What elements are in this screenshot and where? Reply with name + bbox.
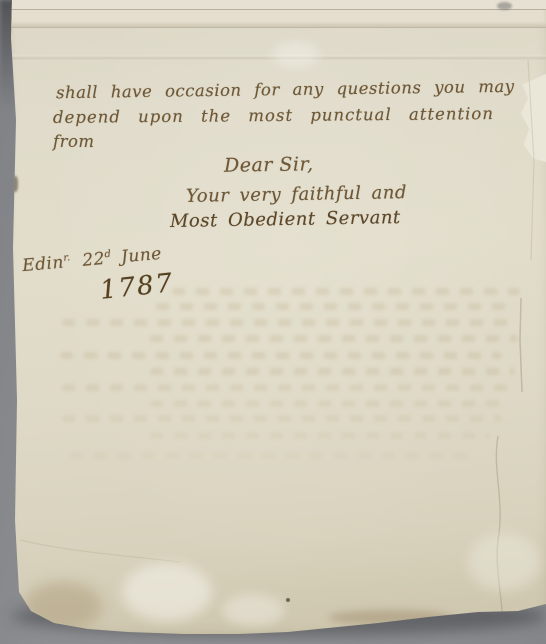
dateline-day: 22: [82, 249, 106, 271]
torn-edge-patch: [518, 74, 546, 162]
underlying-sheet-edge-second: [0, 10, 546, 28]
dateline-year: 1787: [99, 268, 176, 306]
salutation: Dear Sir,: [224, 153, 314, 177]
showthrough-text-line: [70, 452, 470, 459]
ink-speck: [286, 598, 290, 602]
stain: [222, 594, 284, 626]
showthrough-text-line: [60, 352, 502, 359]
showthrough-text-line: [62, 384, 510, 391]
dateline-place-suffix: r.: [63, 252, 71, 264]
showthrough-text-line: [150, 335, 518, 342]
stain: [468, 533, 540, 591]
showthrough-text-line: [172, 288, 520, 295]
underlying-sheet-edge-top: [0, 0, 546, 10]
showthrough-text-line: [150, 400, 508, 407]
edge-notch: [12, 176, 18, 192]
showthrough-text-line: [150, 432, 490, 439]
showthrough-text-line: [62, 319, 512, 326]
dateline-month: June: [120, 244, 162, 267]
letter-body-line: depend upon the most punctual attention: [53, 104, 494, 127]
closing-line: Your very faithful and: [186, 182, 407, 207]
document-photo: shall have occasion for any questions yo…: [0, 0, 546, 644]
closing-line: Most Obedient Servant: [170, 207, 401, 232]
letter-page: shall have occasion for any questions yo…: [0, 0, 546, 644]
showthrough-text-line: [62, 415, 502, 422]
gray-speck: [497, 2, 512, 10]
stain: [272, 42, 320, 68]
letter-body-line: shall have occasion for any questions yo…: [56, 77, 515, 102]
showthrough-text-line: [156, 303, 516, 310]
letter-body-line: from: [53, 132, 95, 151]
dateline-place: Edin: [21, 253, 64, 277]
dateline-day-suffix: d: [104, 249, 111, 261]
stain: [122, 563, 212, 621]
showthrough-text-line: [150, 368, 515, 375]
